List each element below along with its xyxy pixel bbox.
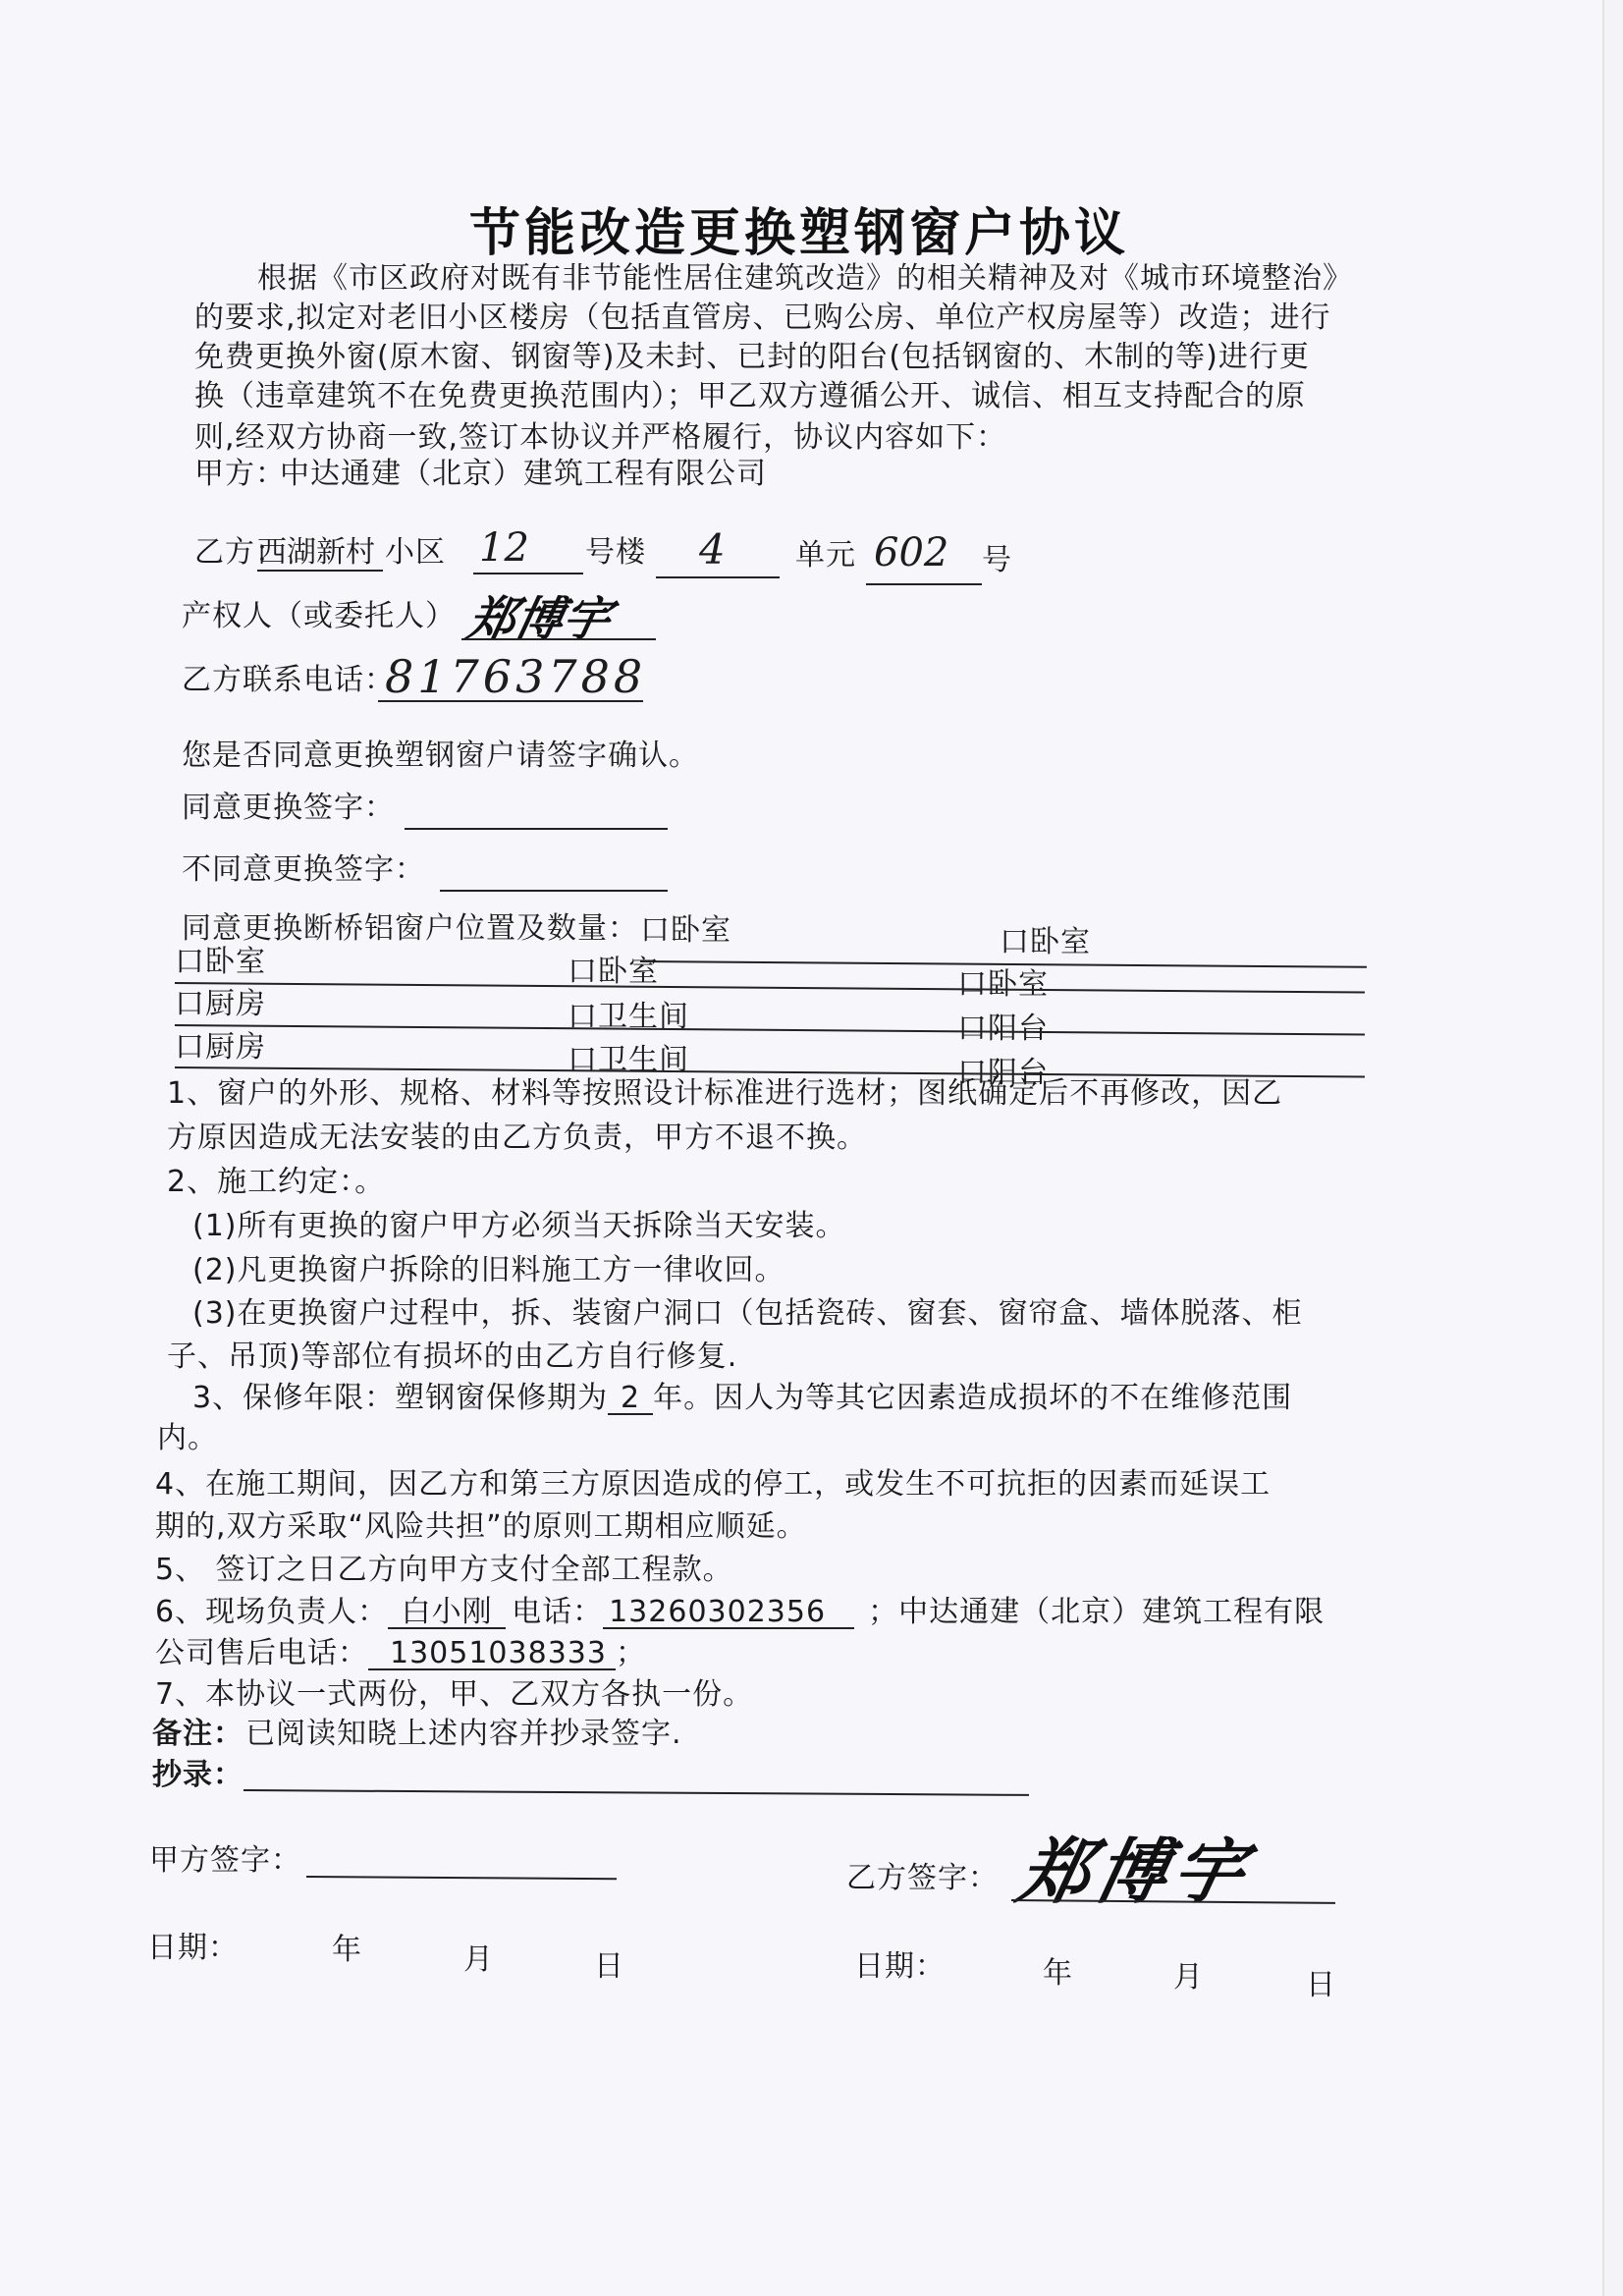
window-option-kitchen-1[interactable]: 口厨房: [175, 987, 266, 1022]
clause-2-1: (1)所有更换的窗户甲方必须当天拆除当天安装。: [192, 1209, 846, 1244]
phone-label: 乙方联系电话：: [182, 663, 395, 698]
community-field[interactable]: 西湖新村: [257, 535, 375, 571]
party-a-date-day[interactable]: 日: [594, 1949, 624, 1985]
party-b-date-year[interactable]: 年: [1043, 1956, 1073, 1992]
unit-underline: [656, 576, 780, 578]
clause-6-prefix: 6、现场负责人：: [155, 1595, 388, 1629]
consent-question: 您是否同意更换塑钢窗户请签字确认。: [182, 738, 699, 774]
clause-7: 7、本协议一式两份，甲、乙双方各执一份。: [155, 1677, 753, 1713]
windows-label: 同意更换断桥铝窗户位置及数量：: [182, 911, 638, 947]
clause-6-line-1: 6、现场负责人：白小刚电话：13260302356；中达通建（北京）建筑工程有限: [155, 1595, 1325, 1630]
party-a-date-year[interactable]: 年: [332, 1933, 362, 1968]
room-underline: [866, 583, 982, 585]
site-phone-field[interactable]: 13260302356: [603, 1598, 854, 1629]
site-manager-field[interactable]: 白小刚: [388, 1598, 506, 1629]
building-underline: [473, 573, 583, 574]
party-a-signature-label: 甲方签字：: [149, 1843, 301, 1879]
party-a-name: 中达通建（北京）建筑工程有限公司: [280, 457, 767, 492]
disagree-label: 不同意更换签字：: [182, 852, 425, 888]
window-option-bedroom-2[interactable]: 口卧室: [1000, 925, 1091, 960]
agree-signature-field[interactable]: [405, 828, 668, 830]
site-phone-label: 电话：: [512, 1595, 603, 1629]
room-suffix: 号: [982, 543, 1012, 578]
unit-field[interactable]: 4: [699, 525, 726, 574]
intro-line-2: 的要求,拟定对老旧小区楼房（包括直管房、已购公房、单位产权房屋等）改造；进行: [194, 301, 1331, 336]
clause-6-line-2: 公司售后电话：13051038333；: [155, 1636, 646, 1671]
phone-underline: [378, 700, 643, 702]
party-b-signature-label: 乙方签字：: [846, 1861, 999, 1896]
aftersales-phone-field[interactable]: 13051038333: [368, 1639, 616, 1670]
intro-line-3: 免费更换外窗(原木窗、钢窗等)及未封、已封的阳台(包括钢窗的、木制的等)进行更: [194, 340, 1310, 375]
warranty-years-field[interactable]: 2: [608, 1384, 653, 1415]
clause-2-3-line-1: (3)在更换窗户过程中，拆、装窗户洞口（包括瓷砖、窗套、窗帘盒、墙体脱落、柜: [192, 1296, 1303, 1332]
community-underline: [257, 570, 383, 572]
party-a-label: 甲方：: [194, 457, 286, 492]
clause-3-suffix: 年。因人为等其它因素造成损坏的不在维修范围: [653, 1381, 1292, 1415]
clause-2-title: 2、施工约定：。: [167, 1165, 385, 1200]
intro-line-4: 换（违章建筑不在免费更换范围内）；甲乙双方遵循公开、诚信、相互支持配合的原: [194, 379, 1306, 414]
clause-1-line-1: 1、窗户的外形、规格、材料等按照设计标准进行选材；图纸确定后不再修改，因乙: [167, 1076, 1282, 1112]
community-suffix: 小区: [385, 535, 446, 571]
unit-suffix: 单元: [795, 538, 856, 574]
clause-2-3-line-2: 子、吊顶)等部位有损坏的由乙方自行修复.: [167, 1339, 737, 1375]
remark-label: 备注：: [152, 1717, 243, 1752]
party-a-date-label: 日期：: [147, 1931, 239, 1966]
intro-line-1: 根据《市区政府对既有非节能性居住建筑改造》的相关精神及对《城市环境整治》: [257, 261, 1353, 297]
window-option-bathroom-2[interactable]: 口卫生间: [568, 1043, 689, 1078]
party-b-date-label: 日期：: [854, 1949, 946, 1985]
building-field[interactable]: 12: [479, 525, 529, 571]
disagree-signature-field[interactable]: [440, 890, 668, 892]
clause-4-line-1: 4、在施工期间，因乙方和第三方原因造成的停工，或发生不可抗拒的因素而延误工: [155, 1467, 1271, 1503]
clause-4-line-2: 期的,双方采取“风险共担”的原则工期相应顺延。: [155, 1509, 807, 1545]
window-option-bedroom-1[interactable]: 口卧室: [640, 913, 731, 949]
owner-underline: [461, 638, 656, 640]
transcribe-label: 抄录：: [152, 1758, 243, 1793]
party-b-date-month[interactable]: 月: [1173, 1960, 1204, 1995]
clause-5: 5、 签订之日乙方向甲方支付全部工程款。: [155, 1553, 733, 1588]
window-option-balcony-1[interactable]: 口阳台: [957, 1011, 1049, 1047]
clause-6-company: ；中达通建（北京）建筑工程有限: [868, 1595, 1325, 1629]
building-suffix: 号楼: [585, 535, 646, 571]
room-field[interactable]: 602: [874, 530, 948, 575]
clause-3-line-1: 3、保修年限：塑钢窗保修期为2年。因人为等其它因素造成损坏的不在维修范围: [167, 1381, 1292, 1416]
aftersales-label: 公司售后电话：: [155, 1636, 368, 1670]
owner-label: 产权人（或委托人）: [182, 599, 456, 634]
window-option-kitchen-2[interactable]: 口厨房: [175, 1030, 266, 1066]
document-title: 节能改造更换塑钢窗户协议: [469, 191, 1129, 265]
window-option-bedroom-3[interactable]: 口卧室: [175, 945, 266, 980]
clause-6-end: ；: [616, 1636, 646, 1670]
party-b-date-day[interactable]: 日: [1306, 1968, 1336, 2003]
intro-line-5: 则,经双方协商一致,签订本协议并严格履行，协议内容如下：: [194, 420, 1006, 456]
window-option-bedroom-5[interactable]: 口卧室: [957, 967, 1049, 1003]
remark-text: 已阅读知晓上述内容并抄录签字.: [245, 1717, 682, 1752]
party-a-date-month[interactable]: 月: [463, 1942, 494, 1978]
clause-3-prefix: 3、保修年限：塑钢窗保修期为: [192, 1381, 608, 1415]
clause-3-line-2: 内。: [157, 1421, 218, 1456]
phone-field[interactable]: 81763788: [385, 650, 646, 703]
clause-2-2: (2)凡更换窗户拆除的旧料施工方一律收回。: [192, 1253, 785, 1288]
agree-label: 同意更换签字：: [182, 791, 395, 826]
clause-1-line-2: 方原因造成无法安装的由乙方负责，甲方不退不换。: [167, 1121, 867, 1156]
